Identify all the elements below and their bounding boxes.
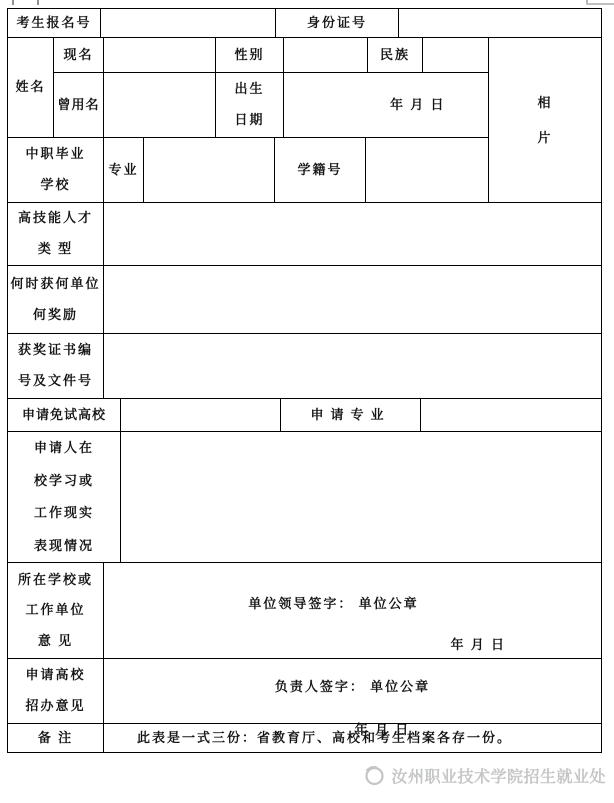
college-opinion-cell: 负责人签字： 单位公章 年 月 日 xyxy=(103,658,602,723)
award-value-cell xyxy=(103,265,602,333)
student-no-value-cell xyxy=(365,137,488,202)
college-opinion-signature-line: 负责人签字： 单位公章 xyxy=(275,672,430,703)
former-name-value-cell xyxy=(103,72,215,137)
name-label: 姓名 xyxy=(7,37,53,137)
exempt-college-label: 申请免试高校 xyxy=(7,398,120,431)
page-crop-artifact xyxy=(12,0,14,5)
school-opinion-signature-line: 单位领导签字： 单位公章 xyxy=(248,589,418,620)
cert-no-value-cell xyxy=(103,333,602,398)
page-crop-artifact xyxy=(37,0,39,5)
org-logo-icon xyxy=(363,764,385,786)
current-name-label: 现名 xyxy=(53,37,103,72)
secondary-school-label: 中职毕业 学校 xyxy=(7,137,103,202)
remark-label: 备 注 xyxy=(7,723,103,753)
reg-no-value-cell xyxy=(100,8,275,37)
school-opinion-cell: 单位领导签字： 单位公章 年 月 日 xyxy=(103,562,602,658)
org-name-text: 汝州职业技术学院招生就业处 xyxy=(391,764,606,787)
performance-label: 申请人在 校学习或 工作现实 表现情况 xyxy=(7,431,120,562)
apply-major-label: 申请专业 xyxy=(280,398,420,431)
school-opinion-label: 所在学校或 工作单位 意 见 xyxy=(7,562,103,658)
apply-major-value-cell xyxy=(420,398,602,431)
cert-no-label: 获奖证书编 号及文件号 xyxy=(7,333,103,398)
remark-cell: 此表是一式三份：省教育厅、高校和考生档案各存一份。 xyxy=(103,723,602,753)
page-crop-artifact xyxy=(586,3,614,5)
birth-date-label: 出生 日期 xyxy=(215,72,283,137)
talent-type-value-cell xyxy=(103,202,602,265)
school-opinion-date-line: 年 月 日 xyxy=(450,630,506,661)
footer-watermark: 汝州职业技术学院招生就业处 xyxy=(363,761,606,789)
former-name-label: 曾用名 xyxy=(53,72,103,137)
ethnic-label: 民族 xyxy=(367,37,422,72)
id-no-label: 身份证号 xyxy=(275,8,398,37)
performance-value-cell xyxy=(120,431,602,562)
student-no-label: 学籍号 xyxy=(274,137,365,202)
form-page: 考生报名号 身份证号 姓名 现名 性别 民族 相 片 曾用名 出生 日期 年 月… xyxy=(0,0,614,803)
birth-date-value-cell: 年 月 日 xyxy=(283,72,488,137)
talent-type-label: 高技能人才 类 型 xyxy=(7,202,103,265)
remark-text: 此表是一式三份：省教育厅、高校和考生档案各存一份。 xyxy=(137,723,512,754)
photo-cell: 相 片 xyxy=(488,37,602,202)
exempt-college-value-cell xyxy=(120,398,280,431)
college-opinion-label: 申请高校 招办意见 xyxy=(7,658,103,723)
current-name-value-cell xyxy=(103,37,215,72)
gender-value-cell xyxy=(283,37,367,72)
ethnic-value-cell xyxy=(422,37,488,72)
id-no-value-cell xyxy=(398,8,602,37)
award-label: 何时获何单位 何奖励 xyxy=(7,265,103,333)
major-value-cell xyxy=(143,137,274,202)
major-label: 专业 xyxy=(103,137,143,202)
reg-no-label: 考生报名号 xyxy=(7,8,100,37)
gender-label: 性别 xyxy=(215,37,283,72)
